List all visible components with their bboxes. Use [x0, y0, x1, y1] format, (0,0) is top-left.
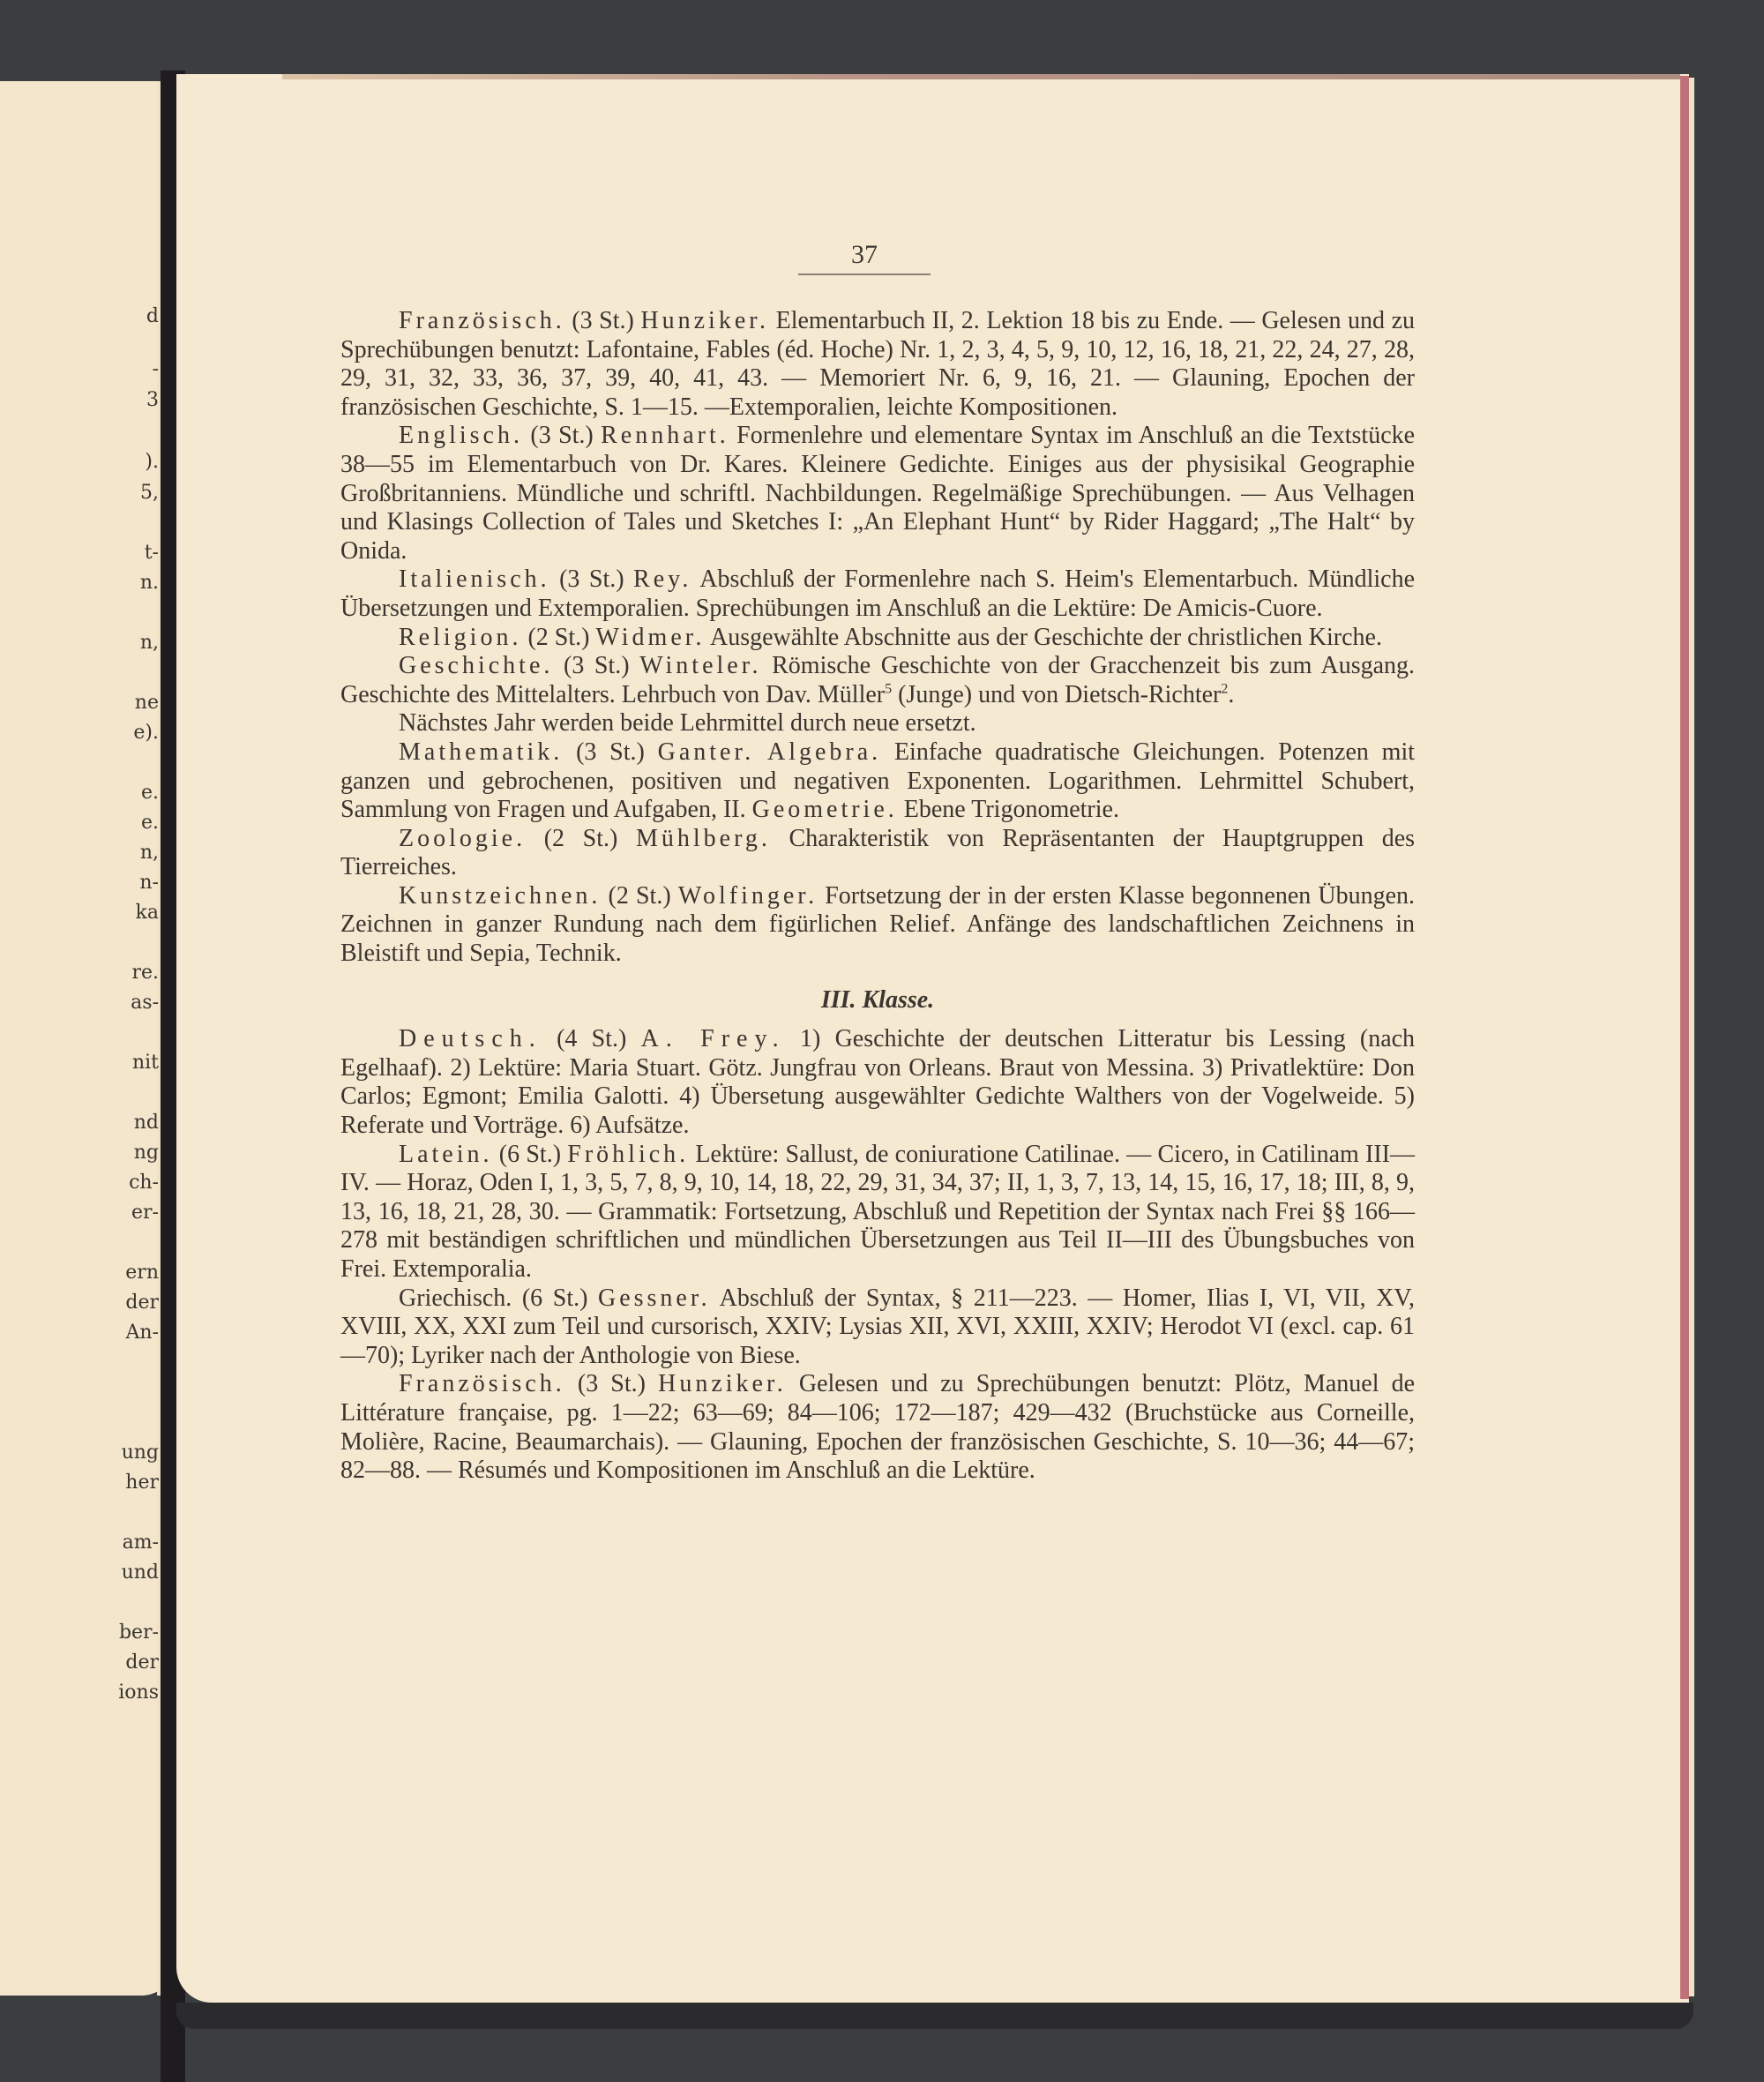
entry-kunstzeichnen: Kunstzeichnen. (2 St.) Wolfinger. Fortse…: [340, 882, 1415, 969]
hours: (6 St.): [522, 1284, 588, 1312]
page-number-rule: [798, 273, 931, 275]
left-page-fragment: n,: [140, 842, 159, 864]
left-page-fragment: n,: [140, 632, 159, 654]
entry-text: Ausgewählte Abschnitte aus der Geschicht…: [710, 624, 1382, 651]
page-edge-strip: [1689, 78, 1694, 1996]
page-number: 37: [829, 240, 900, 270]
entry-geschichte: Geschichte. (3 St.) Winteler. Römische G…: [340, 652, 1415, 709]
left-page: d-3).5,t-n.n,nee).e.e.n,n-kare.as-nitndn…: [0, 81, 176, 1996]
entry-italienisch: Italienisch. (3 St.) Rey. Abschluß der F…: [340, 565, 1415, 623]
entry-religion: Religion. (2 St.) Widmer. Ausgewählte Ab…: [340, 624, 1415, 653]
left-page-fragment: er-: [131, 1202, 159, 1224]
left-page-fragment: ung: [122, 1442, 159, 1464]
left-page-fragment: ka: [136, 902, 159, 924]
hours: (3 St.): [559, 565, 624, 593]
left-page-fragment: -: [153, 358, 159, 380]
left-page-fragment: An-: [126, 1322, 160, 1344]
subject: Mathematik.: [399, 738, 563, 766]
left-page-fragment: ber-: [119, 1621, 159, 1644]
hours: (2 St.): [544, 825, 618, 852]
subject: Religion.: [399, 624, 521, 651]
page-top-edge-tint: [282, 74, 1680, 79]
note-text: Nächstes Jahr werden beide Lehrmittel du…: [399, 709, 976, 737]
hours: (3 St.): [578, 1370, 646, 1397]
left-page-fragment: ions: [118, 1681, 159, 1704]
subject: Deutsch.: [399, 1025, 542, 1052]
entry-englisch: Englisch. (3 St.) Rennhart. Formenlehre …: [340, 422, 1415, 565]
left-page-fragment: 5,: [140, 482, 159, 504]
left-page-fragment: e.: [141, 812, 159, 834]
left-page-fragment: nit: [132, 1052, 159, 1074]
entry-text: .: [1228, 681, 1234, 708]
subject: Kunstzeichnen.: [399, 882, 601, 910]
entry-mathematik: Mathematik. (3 St.) Ganter. Algebra. Ein…: [340, 738, 1415, 825]
hours: (4 St.): [557, 1025, 626, 1052]
hours: (2 St.): [527, 624, 589, 651]
left-page-fragment: re.: [131, 962, 159, 984]
teacher: Rennhart.: [601, 422, 729, 449]
entry-franzoesisch-II: Französisch. (3 St.) Hunziker. Elementar…: [340, 307, 1415, 422]
left-page-fragment: ne: [135, 692, 159, 714]
left-page-fragment: am-: [123, 1532, 159, 1554]
hours: (6 St.): [499, 1141, 561, 1168]
left-page-fragment: as-: [131, 992, 159, 1014]
page-body: Französisch. (3 St.) Hunziker. Elementar…: [340, 307, 1415, 1486]
teacher: Wolfinger.: [678, 882, 818, 910]
left-page-fragment: her: [125, 1472, 159, 1494]
footnote-superscript: 5: [885, 681, 892, 696]
subject: Italienisch.: [399, 565, 550, 593]
subsubject-geometrie: Geometrie.: [752, 796, 898, 823]
entry-text: Ebene Trigonometrie.: [904, 796, 1119, 823]
left-page-fragment: ).: [145, 451, 159, 473]
left-page-fragment: n.: [140, 572, 159, 594]
page-edge-red-band: [1680, 76, 1689, 1999]
left-page-fragment: ern: [125, 1262, 159, 1284]
left-page-fragment: der: [125, 1292, 159, 1314]
teacher: A. Frey.: [641, 1025, 786, 1052]
left-page-fragment: und: [122, 1561, 159, 1584]
teacher: Hunziker.: [640, 307, 769, 334]
entry-deutsch: Deutsch. (4 St.) A. Frey. 1) Geschichte …: [340, 1025, 1415, 1140]
subject: Griechisch.: [399, 1284, 512, 1312]
hours: (3 St.): [572, 307, 634, 334]
entry-latein: Latein. (6 St.) Fröhlich. Lektüre: Sallu…: [340, 1141, 1415, 1284]
hours: (2 St.): [609, 882, 671, 910]
teacher: Fröhlich.: [567, 1141, 689, 1168]
section-heading-klasse-III: III. Klasse.: [340, 986, 1415, 1015]
hours: (3 St.): [564, 652, 630, 679]
page-bottom-shadow: [176, 2003, 1693, 2029]
teacher: Hunziker.: [658, 1370, 787, 1397]
subsubject-algebra: Algebra.: [767, 738, 881, 766]
entry-franzoesisch-III: Französisch. (3 St.) Hunziker. Gelesen u…: [340, 1370, 1415, 1485]
subject: Französisch.: [399, 307, 565, 334]
subject: Latein.: [399, 1141, 493, 1168]
hours: (3 St.): [576, 738, 645, 766]
left-page-fragment: nd: [134, 1112, 159, 1134]
teacher: Mühlberg.: [636, 825, 771, 852]
teacher: Ganter.: [658, 738, 755, 766]
teacher: Winteler.: [639, 652, 761, 679]
left-page-fragment: n-: [139, 872, 159, 894]
entry-griechisch: Griechisch. (6 St.) Gessner. Abschluß de…: [340, 1284, 1415, 1371]
left-page-fragment: e.: [141, 782, 159, 804]
subject: Zoologie.: [399, 825, 526, 852]
entry-zoologie: Zoologie. (2 St.) Mühlberg. Charakterist…: [340, 825, 1415, 882]
left-page-fragment: ch-: [129, 1172, 159, 1194]
left-page-fragment: der: [125, 1651, 159, 1674]
note-lehrmittel: Nächstes Jahr werden beide Lehrmittel du…: [340, 709, 1415, 738]
teacher: Rey.: [633, 565, 691, 593]
teacher: Gessner.: [598, 1284, 711, 1312]
subject: Englisch.: [399, 422, 523, 449]
teacher: Widmer.: [595, 624, 705, 651]
left-page-fragment: e).: [133, 722, 159, 744]
subject: Französisch.: [399, 1370, 565, 1397]
left-page-fragment: 3: [146, 389, 159, 411]
subject: Geschichte.: [399, 652, 553, 679]
hours: (3 St.): [530, 422, 593, 449]
entry-text: (Junge) und von Dietsch-Richter: [892, 681, 1221, 708]
left-page-fragment: t-: [145, 542, 159, 564]
left-page-fragment: d: [146, 305, 159, 327]
left-page-fragment: ng: [134, 1142, 159, 1164]
